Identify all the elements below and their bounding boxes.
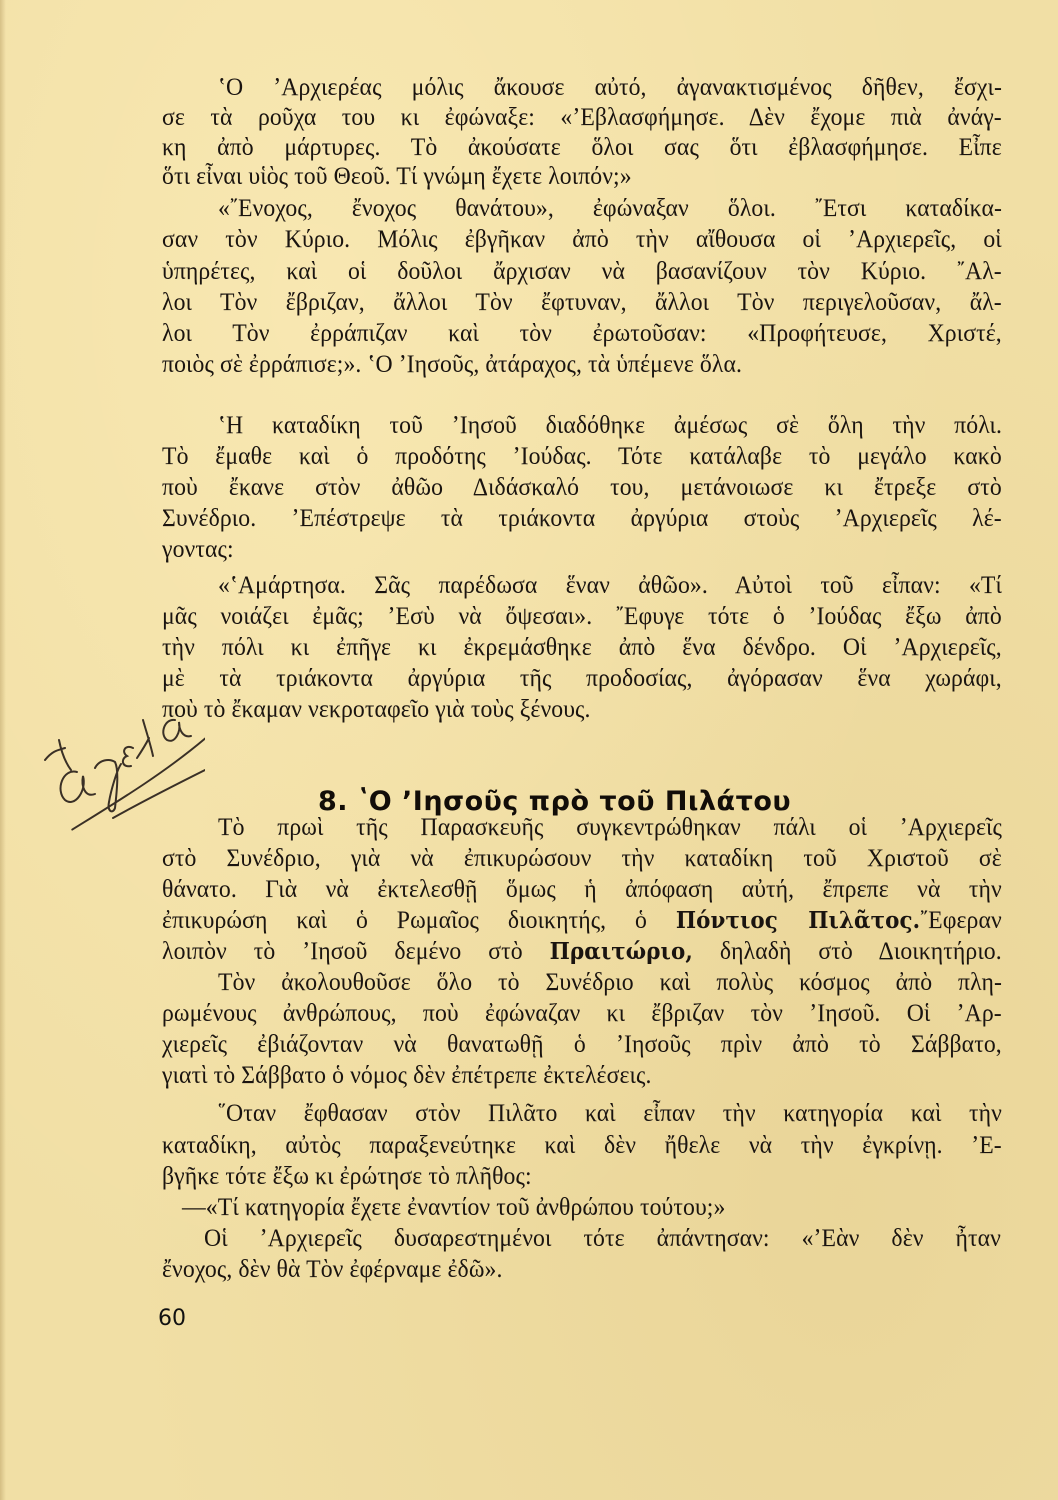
- text-line: «῎Ενοχος, ἔνοχος θανάτου», ἐφώναξαν ὅλοι…: [218, 193, 1002, 223]
- text-line: γοντας:: [162, 534, 943, 564]
- text-line: γιατὶ τὸ Σάββατο ὁ νόμος δὲν ἐπέτρεπε ἐκ…: [162, 1060, 943, 1090]
- page-edge-shadow: [0, 0, 6, 1500]
- text-line: μὲ τὰ τριάκοντα ἀργύρια τῆς προδοσίας, ἀ…: [162, 663, 1002, 693]
- text-line: λοι Τὸν ἐρράπιζαν καὶ τὸν ἐρωτοῦσαν: «Πρ…: [162, 318, 1002, 348]
- text-line: σε τὰ ροῦχα του κι ἐφώναξε: «ʼΕβλασφήμησ…: [162, 102, 1002, 132]
- text-line: ρωμένους ἀνθρώπους, ποὺ ἐφώναζαν κι ἔβρι…: [162, 998, 1002, 1028]
- text-line: μᾶς νοιάζει ἐμᾶς; ʼΕσὺ νὰ ὄψεσαι». ῎Εφυγ…: [162, 601, 1002, 631]
- text-line: ἔνοχος, δὲν θὰ Τὸν ἐφέρναμε ἐδῶ».: [162, 1254, 943, 1284]
- text-line: Τὸ πρωὶ τῆς Παρασκευῆς συγκεντρώθηκαν πά…: [218, 812, 1002, 842]
- text-run: δηλαδὴ στὸ Διοικητήριο.: [693, 936, 1002, 965]
- bold-term-pontius-pilate: Πόντιος Πιλᾶτος.: [676, 907, 920, 934]
- text-line: κη ἀπὸ μάρτυρες. Τὸ ἀκούσατε ὅλοι σας ὅτ…: [162, 132, 1002, 162]
- text-run: ῎Εφεραν: [920, 905, 1002, 934]
- text-line: ῞Οταν ἔφθασαν στὸν Πιλᾶτο καὶ εἶπαν τὴν …: [218, 1098, 1002, 1128]
- text-run: λοιπὸν τὸ ʼΙησοῦ δεμένο στὸ: [162, 936, 550, 965]
- text-line: τὴν πόλι κι ἐπῆγε κι ἐκρεμάσθηκε ἀπὸ ἕνα…: [162, 632, 1002, 662]
- text-line: ὅτι εἶναι υἱὸς τοῦ Θεοῦ. Τί γνώμη ἔχετε …: [162, 161, 943, 191]
- text-line: ποιὸς σὲ ἐρράπισε;». ʽΟ ʼΙησοῦς, ἀτάραχο…: [162, 349, 943, 379]
- text-line: «ʽΑμάρτησα. Σᾶς παρέδωσα ἕναν ἀθῶο». Αὐτ…: [218, 570, 1002, 600]
- text-line: ὑπηρέτες, καὶ οἱ δοῦλοι ἄρχισαν νὰ βασαν…: [162, 256, 1002, 286]
- bold-term-praetorium: Πραιτώριο,: [550, 938, 693, 965]
- text-line: —«Τί κατηγορία ἔχετε ἐναντίον τοῦ ἀνθρώπ…: [182, 1192, 963, 1222]
- text-line: Τὸ ἔμαθε καὶ ὁ προδότης ʼΙούδας. Τότε κα…: [162, 441, 1002, 471]
- text-line: ἐπικυρώση καὶ ὁ Ρωμαῖος διοικητής, ὁ Πόν…: [162, 905, 1002, 936]
- text-line: στὸ Συνέδριο, γιὰ νὰ ἐπικυρώσουν τὴν κατ…: [162, 843, 1002, 873]
- text-line: βγῆκε τότε ἔξω κι ἐρώτησε τὸ πλῆθος:: [162, 1161, 943, 1191]
- text-line: ποὺ τὸ ἔκαμαν νεκροταφεῖο γιὰ τοὺς ξένου…: [162, 694, 943, 724]
- text-line: λοι Τὸν ἔβριζαν, ἄλλοι Τὸν ἔφτυναν, ἄλλο…: [162, 287, 1002, 317]
- text-line: Συνέδριο. ʼΕπέστρεψε τὰ τριάκοντα ἀργύρι…: [162, 503, 1002, 533]
- text-line: ʽΟ ʼΑρχιερέας μόλις ἄκουσε αὐτό, ἀγανακτ…: [218, 72, 1002, 102]
- text-line: ποὺ ἔκανε στὸν ἀθῶο Διδάσκαλό του, μετάν…: [162, 472, 1002, 502]
- handwritten-margin-note: ἀγέλα: [25, 690, 205, 840]
- text-line: σαν τὸν Κύριο. Μόλις ἐβγῆκαν ἀπὸ τὴν αἴθ…: [162, 224, 1002, 254]
- text-line: καταδίκη, αὐτὸς παραξενεύτηκε καὶ δὲν ἤθ…: [162, 1130, 1002, 1160]
- text-line: ʽΗ καταδίκη τοῦ ʼΙησοῦ διαδόθηκε ἀμέσως …: [218, 410, 1002, 440]
- text-run: ἐπικυρώση καὶ ὁ Ρωμαῖος διοικητής, ὁ: [162, 905, 676, 934]
- book-page: ʽΟ ʼΑρχιερέας μόλις ἄκουσε αὐτό, ἀγανακτ…: [0, 0, 1058, 1500]
- text-line: Οἱ ʼΑρχιερεῖς δυσαρεστημένοι τότε ἀπάντη…: [204, 1223, 1001, 1253]
- text-line: θάνατο. Γιὰ νὰ ἐκτελεσθῇ ὅμως ἡ ἀπόφαση …: [162, 874, 1002, 904]
- page-number: 60: [158, 1306, 186, 1331]
- text-line: Τὸν ἀκολουθοῦσε ὅλο τὸ Συνέδριο καὶ πολὺ…: [218, 967, 1002, 997]
- text-line: λοιπὸν τὸ ʼΙησοῦ δεμένο στὸ Πραιτώριο, δ…: [162, 936, 1002, 967]
- text-line: χιερεῖς ἐβιάζονταν νὰ θανατωθῇ ὁ ʼΙησοῦς…: [162, 1029, 1002, 1059]
